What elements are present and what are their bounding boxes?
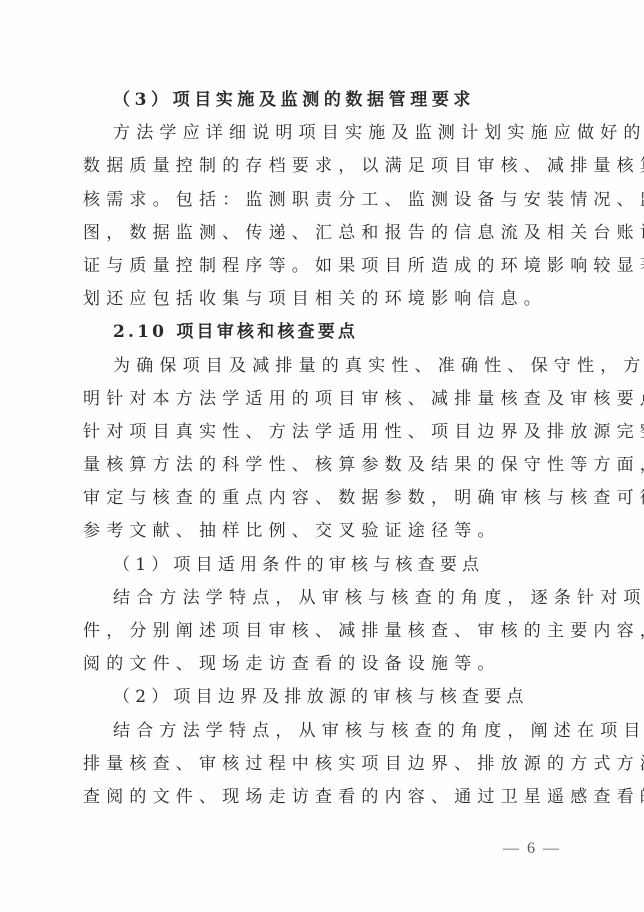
paragraph-line: 为确保项目及减排量的真实性、准确性、保守性，方法学应说 — [83, 350, 564, 383]
paragraph-line: 结合方法学特点，从审核与核查的角度，阐述在项目审核、减 — [83, 715, 564, 748]
paragraph-line: 针对项目真实性、方法学适用性、项目边界及排放源完整性、减排 — [83, 416, 564, 449]
paragraph-line: 量核算方法的科学性、核算参数及结果的保守性等方面，说明需要 — [83, 449, 564, 482]
paragraph-line: 核需求。包括：监测职责分工、监测设备与安装情况、监测点位示意 — [83, 184, 564, 217]
paragraph-line: 结合方法学特点，从审核与核查的角度，逐条针对项目适用条 — [83, 582, 564, 615]
paragraph-line: 件，分别阐述项目审核、减排量核查、审核的主要内容，包括应查 — [83, 615, 564, 648]
paragraph-line: 阅的文件、现场走访查看的设备设施等。 — [83, 648, 564, 681]
subheading-applicability: （1）项目适用条件的审核与核查要点 — [83, 549, 564, 582]
paragraph-line: 审定与核查的重点内容、数据参数，明确审核与核查可得的数据源、 — [83, 482, 564, 515]
page-number: — 6 — — [503, 840, 561, 858]
section-heading-2-10: 2.10 项目审核和核查要点 — [83, 316, 564, 349]
paragraph-line: 划还应包括收集与项目相关的环境影响信息。 — [83, 283, 564, 316]
paragraph-line: 证与质量控制程序等。如果项目所造成的环境影响较显著，则监测计 — [83, 250, 564, 283]
text-column: （3）项目实施及监测的数据管理要求 方法学应详细说明项目实施及监测计划实施应做好… — [83, 84, 564, 814]
paragraph-line: 明针对本方法学适用的项目审核、减排量核查及审核要点。重点应 — [83, 383, 564, 416]
subheading-boundary: （2）项目边界及排放源的审核与核查要点 — [83, 681, 564, 714]
paragraph-line: 图，数据监测、传递、汇总和报告的信息流及相关台账记录，质量保 — [83, 217, 564, 250]
paragraph-line: 方法学应详细说明项目实施及监测计划实施应做好的数据管理及 — [83, 117, 564, 150]
paragraph-line: 查阅的文件、现场走访查看的内容、通过卫星遥感查看的内容（如 — [83, 781, 564, 814]
document-page: （3）项目实施及监测的数据管理要求 方法学应详细说明项目实施及监测计划实施应做好… — [0, 0, 644, 912]
paragraph-line: 数据质量控制的存档要求，以满足项目审核、减排量核算、核查与审 — [83, 150, 564, 183]
paragraph-line: 参考文献、抽样比例、交叉验证途径等。 — [83, 515, 564, 548]
subheading-data-management: （3）项目实施及监测的数据管理要求 — [83, 84, 564, 117]
paragraph-line: 排量核查、审核过程中核实项目边界、排放源的方式方法，包括应 — [83, 748, 564, 781]
